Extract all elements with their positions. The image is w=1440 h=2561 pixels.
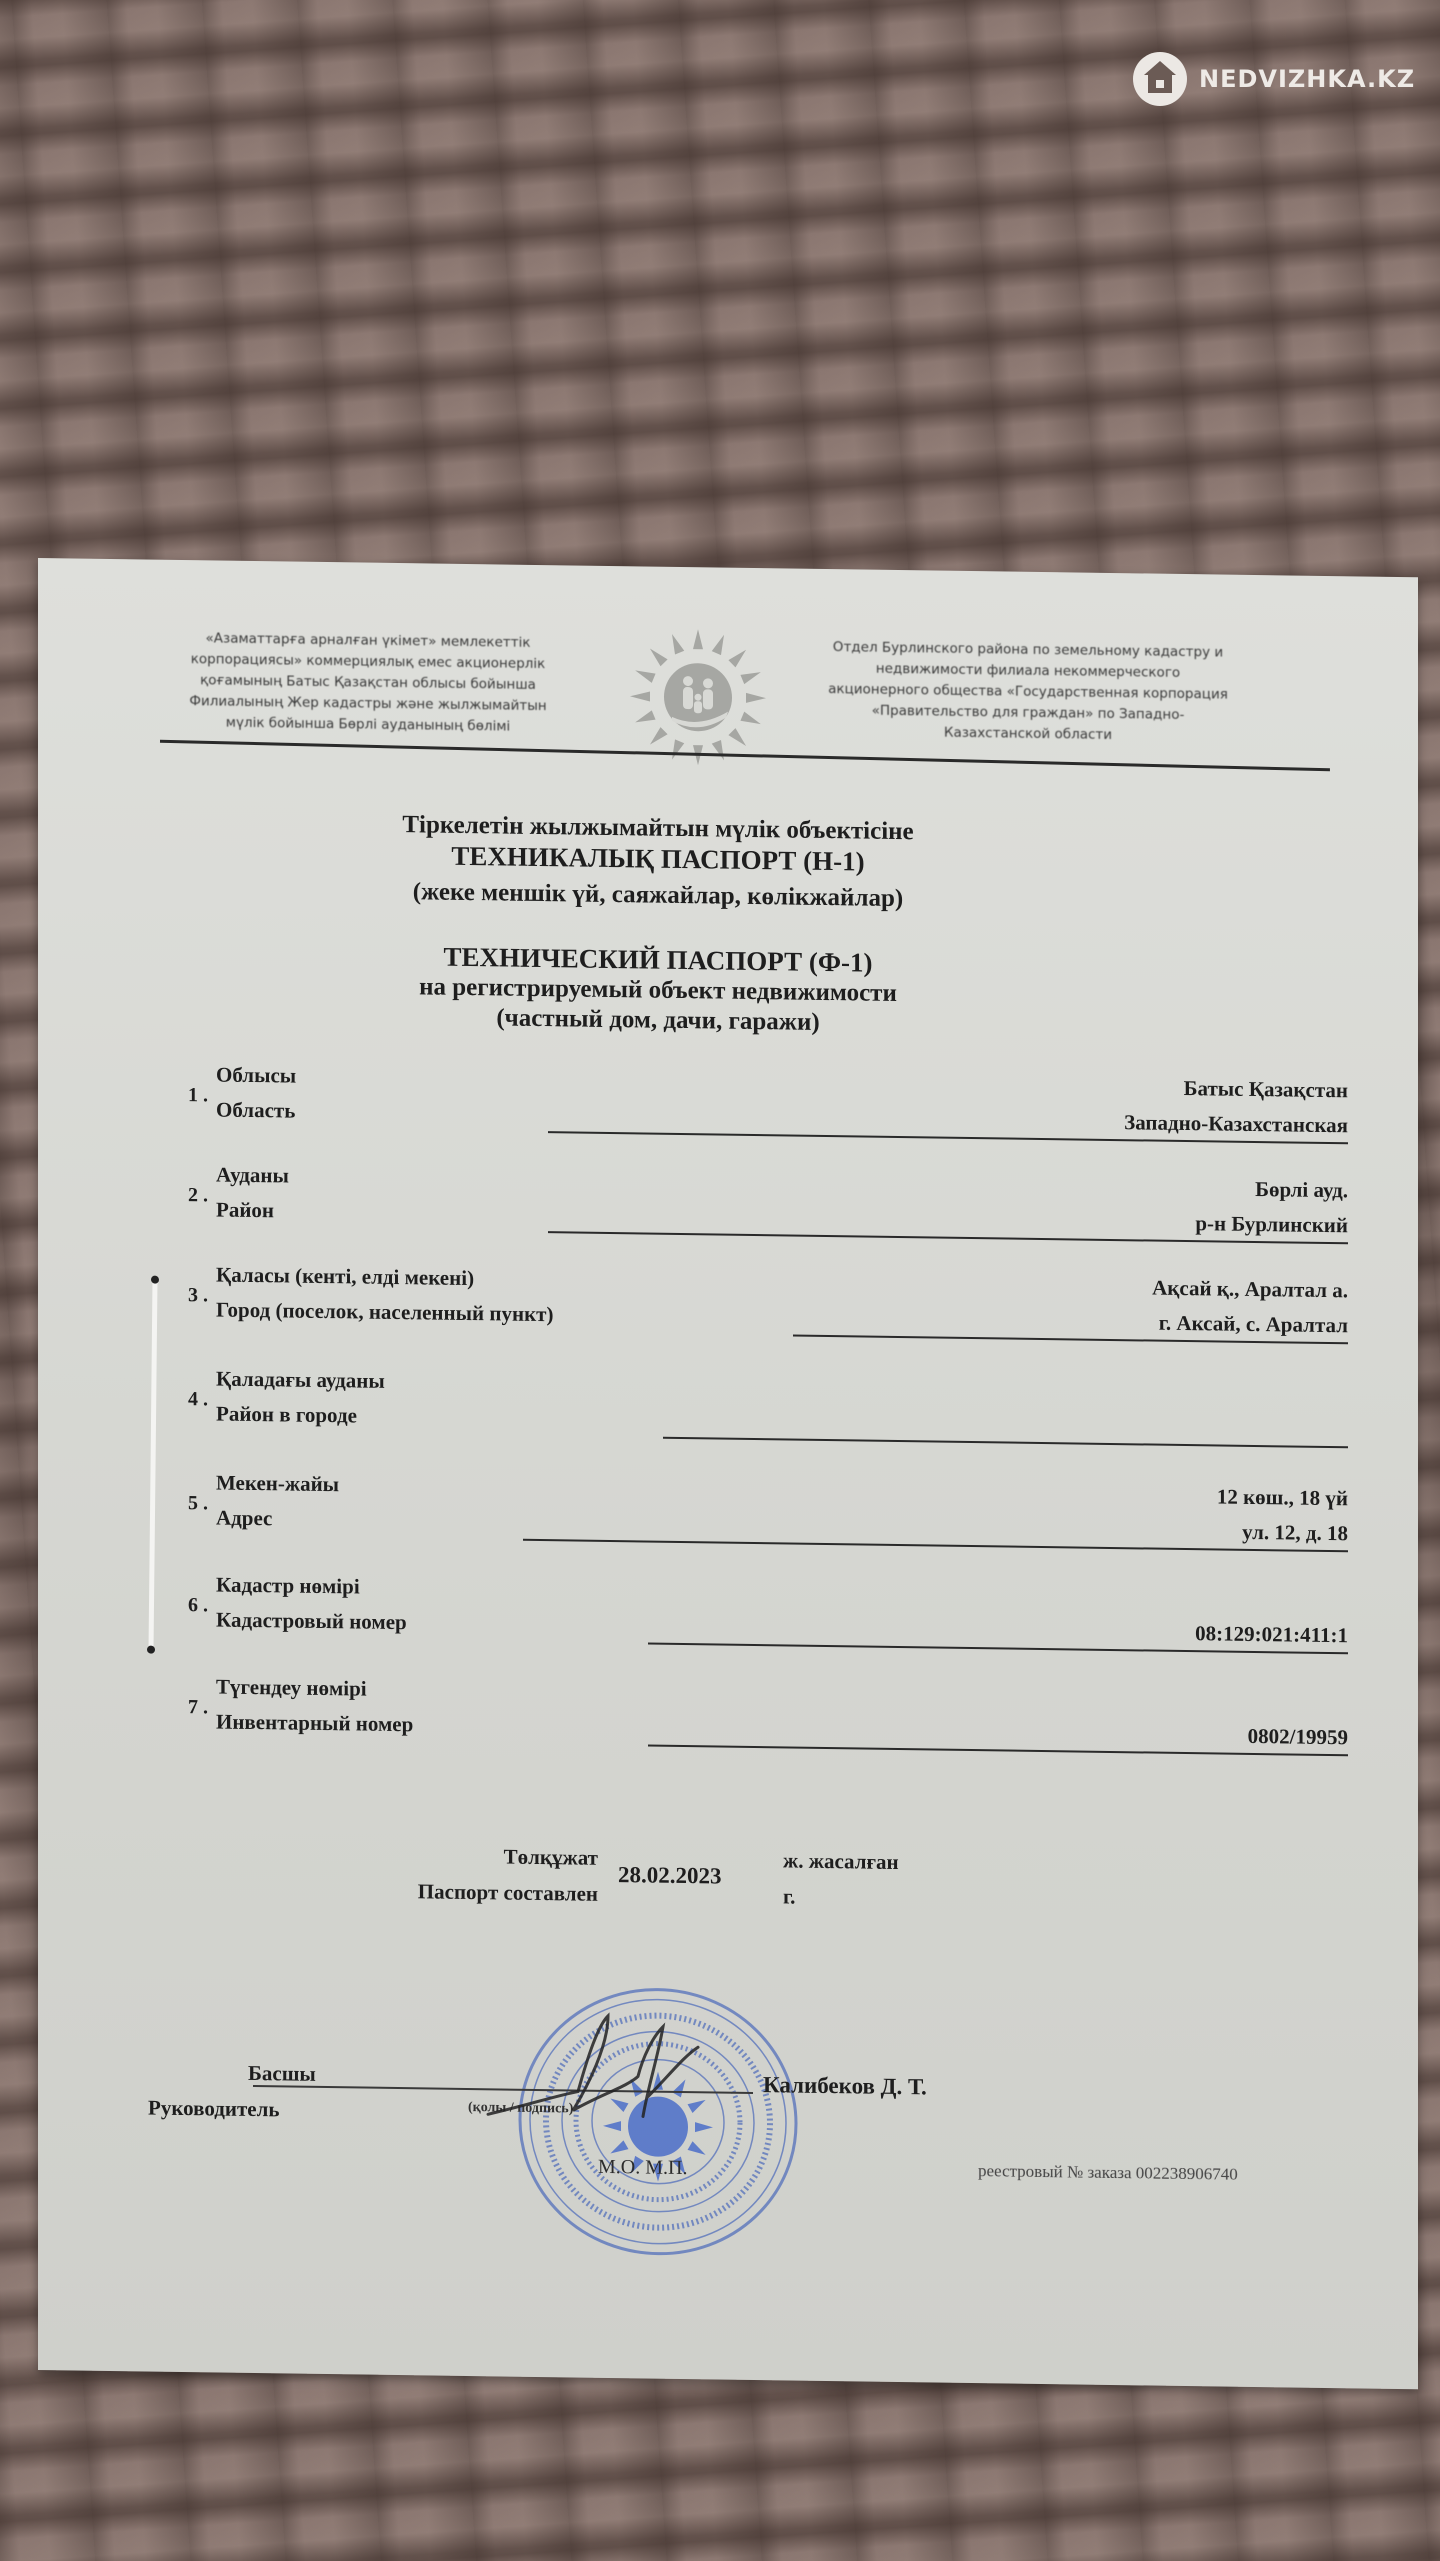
issue-date: 28.02.2023 bbox=[618, 1862, 722, 1889]
field-value-kz: 12 көш., 18 үй bbox=[1217, 1484, 1348, 1511]
field-value-ru: Западно-Казахстанская bbox=[1124, 1110, 1348, 1138]
issued-label-kz: Төлқұжат bbox=[358, 1842, 598, 1870]
field-label-ru: Кадастровый номер bbox=[216, 1607, 407, 1635]
field-value-ru: 0802/19959 bbox=[1248, 1724, 1348, 1750]
field-label-kz: Облысы bbox=[216, 1062, 296, 1088]
field-region: 1 . Облысы Область Батыс Қазақстан Запад… bbox=[188, 1062, 1348, 1168]
header-right-org: Отдел Бурлинского района по земельному к… bbox=[778, 636, 1278, 748]
field-label-kz: Кадастр нөмірі bbox=[216, 1572, 360, 1599]
title-kz-line3: (жеке меншік үй, саяжайлар, көлікжайлар) bbox=[328, 874, 988, 917]
document-title: Тіркелетін жылжымайтын мүлік объектісіне… bbox=[328, 810, 988, 1041]
field-address: 5 . Мекен-жайы Адрес 12 көш., 18 үй ул. … bbox=[188, 1470, 1348, 1576]
field-number: 5 . bbox=[188, 1492, 208, 1515]
field-label-kz: Мекен-жайы bbox=[216, 1470, 339, 1497]
issued-label-ru: Паспорт составлен bbox=[358, 1878, 598, 1906]
watermark: NEDVIZHKA.KZ bbox=[1133, 52, 1415, 106]
watermark-text: NEDVIZHKA.KZ bbox=[1199, 65, 1415, 93]
field-label-kz: Ауданы bbox=[216, 1162, 289, 1188]
header-left-org: «Азаматтарға арналған үкімет» мемлекетті… bbox=[128, 627, 608, 739]
registry-order-number: реестровый № заказа 002238906740 bbox=[978, 2161, 1238, 2185]
field-number: 7 . bbox=[188, 1696, 208, 1719]
field-label-ru: Область bbox=[216, 1097, 295, 1123]
field-label-ru: Адрес bbox=[216, 1505, 272, 1531]
signer-name: Калибеков Д. Т. bbox=[763, 2072, 927, 2100]
field-value-ru: г. Аксай, с. Аралтал bbox=[1159, 1311, 1348, 1339]
issued-suffix-kz: ж. жасалған bbox=[783, 1848, 899, 1875]
field-inventory-number: 7 . Түгендеу нөмірі Инвентарный номер 08… bbox=[188, 1674, 1348, 1780]
field-number: 6 . bbox=[188, 1594, 208, 1617]
field-number: 3 . bbox=[188, 1284, 208, 1307]
field-label-ru: Район bbox=[216, 1197, 274, 1223]
head-title-kz: Басшы bbox=[248, 2061, 316, 2087]
field-label-ru: Город (поселок, населенный пункт) bbox=[216, 1297, 554, 1327]
field-number: 4 . bbox=[188, 1388, 208, 1411]
field-cadastral-number: 6 . Кадастр нөмірі Кадастровый номер 08:… bbox=[188, 1572, 1348, 1678]
field-value-ru: ул. 12, д. 18 bbox=[1242, 1520, 1348, 1546]
seal-placeholder-label: М.О. М.П. bbox=[598, 2156, 687, 2180]
field-city: 3 . Қаласы (кенті, елді мекені) Город (п… bbox=[188, 1262, 1348, 1368]
issued-suffix-ru: г. bbox=[783, 1884, 795, 1909]
field-underline bbox=[523, 1539, 1348, 1553]
technical-passport-document: «Азаматтарға арналған үкімет» мемлекетті… bbox=[38, 558, 1418, 2389]
handwritten-signature-icon bbox=[468, 1994, 728, 2168]
field-label-ru: Район в городе bbox=[216, 1401, 357, 1428]
field-number: 2 . bbox=[188, 1184, 208, 1207]
field-value-ru: 08:129:021:411:1 bbox=[1195, 1621, 1348, 1648]
house-icon bbox=[1133, 52, 1187, 106]
field-number: 1 . bbox=[188, 1084, 208, 1107]
field-label-ru: Инвентарный номер bbox=[216, 1709, 413, 1737]
field-underline bbox=[663, 1437, 1348, 1449]
field-value-ru: р-н Бурлинский bbox=[1195, 1211, 1348, 1238]
field-label-kz: Қаладағы ауданы bbox=[216, 1366, 385, 1393]
head-title-ru: Руководитель bbox=[148, 2096, 279, 2123]
field-value-kz: Бөрлі ауд. bbox=[1255, 1177, 1348, 1203]
field-value-kz: Ақсай қ., Аралтал а. bbox=[1152, 1276, 1348, 1304]
field-city-district: 4 . Қаладағы ауданы Район в городе bbox=[188, 1366, 1348, 1472]
staple-mark-icon bbox=[146, 1270, 160, 1660]
field-value-kz: Батыс Қазақстан bbox=[1184, 1076, 1348, 1103]
field-label-kz: Түгендеу нөмірі bbox=[216, 1674, 367, 1701]
sun-family-emblem-icon bbox=[628, 624, 768, 766]
field-district: 2 . Ауданы Район Бөрлі ауд. р-н Бурлинск… bbox=[188, 1162, 1348, 1268]
field-label-kz: Қаласы (кенті, елді мекені) bbox=[216, 1262, 474, 1291]
field-underline bbox=[648, 1745, 1348, 1757]
